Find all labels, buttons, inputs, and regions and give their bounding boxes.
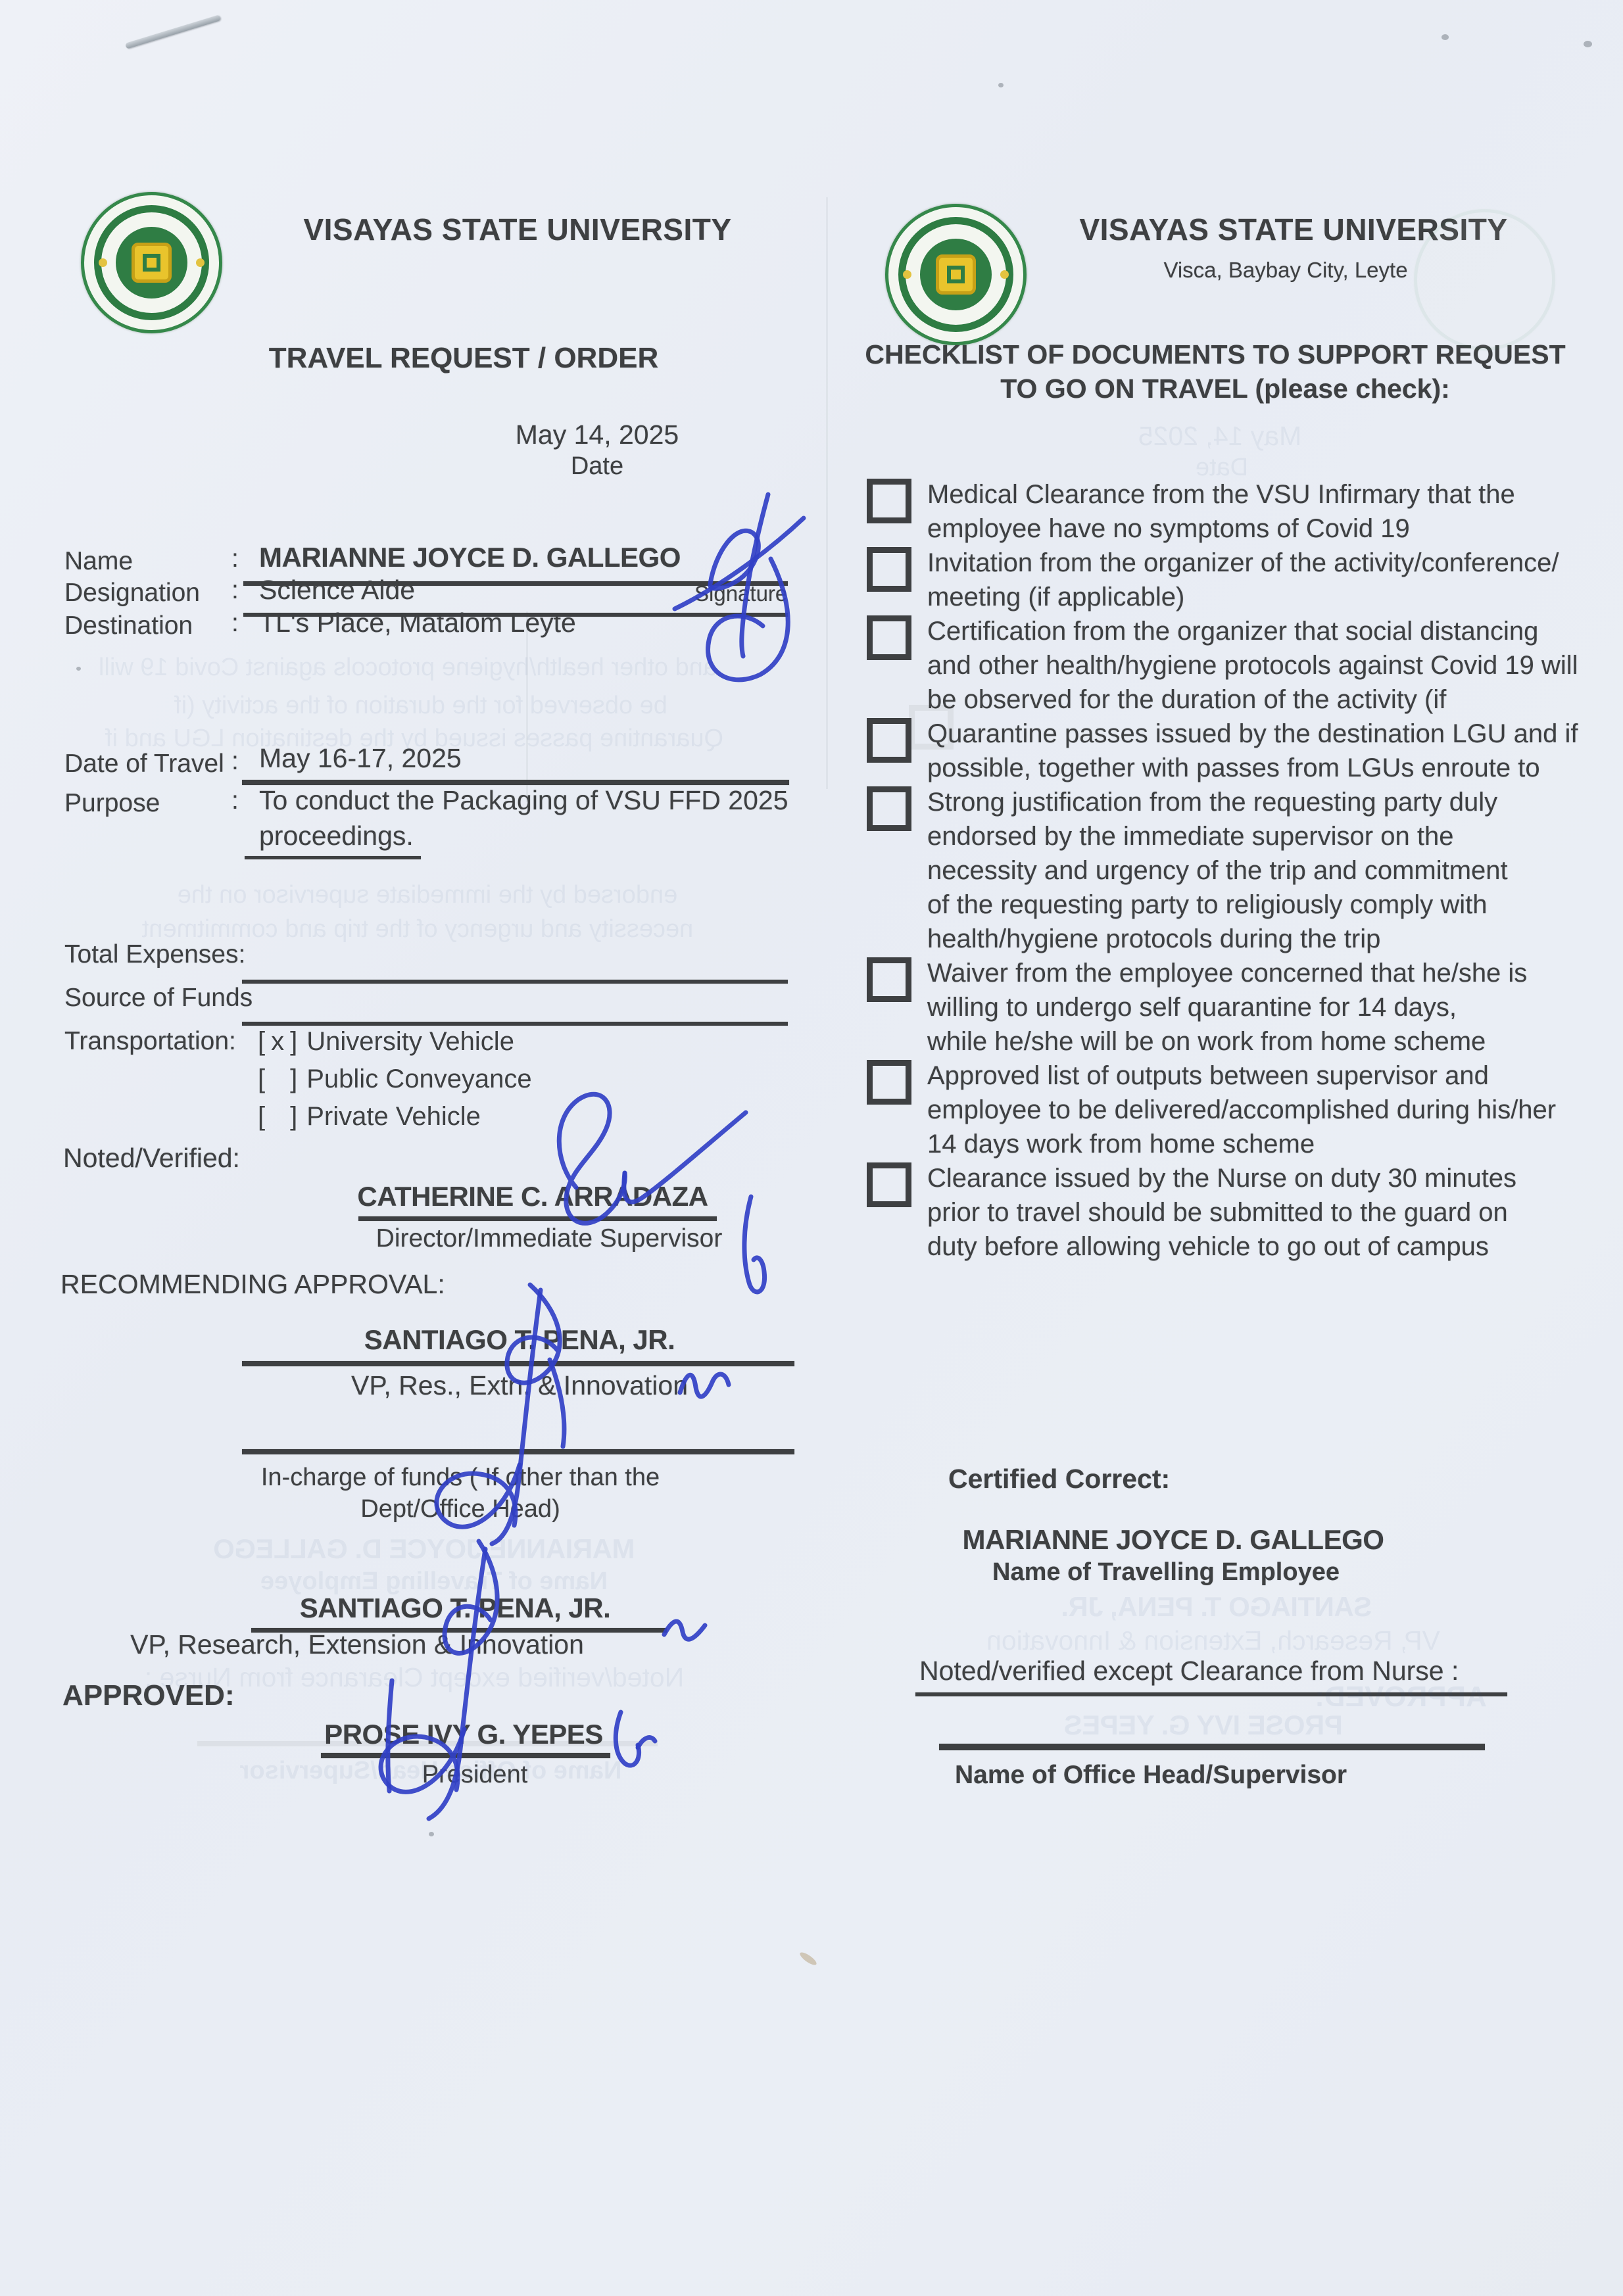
checkbox-icon[interactable] [867,479,911,523]
bleed-through-text: VP, Research, Extension & Innovation [986,1625,1440,1656]
checklist-item: Invitation from the organizer of the act… [865,546,1595,614]
purpose-value-line1: To conduct the Packaging of VSU FFD 2025 [259,785,788,816]
checklist-item: Quarantine passes issued by the destinat… [865,717,1595,785]
checklist-item-text: Certification from the organizer that so… [927,614,1595,717]
checklist-item-text: Invitation from the organizer of the act… [927,546,1595,614]
checklist-item: Medical Clearance from the VSU Infirmary… [865,477,1595,546]
paper-speck [76,667,81,671]
source-of-funds-label: Source of Funds [64,984,253,1013]
paper-speck [998,83,1004,87]
checklist-item: Clearance issued by the Nurse on duty 30… [865,1161,1595,1264]
bleed-through-text: May 14, 2025 [1138,421,1301,452]
scanned-travel-request-document: VISAYAS STATE UNIVERSITY TRAVEL REQUEST … [0,0,1623,2296]
destination-label: Destination [64,611,193,640]
total-expenses-label: Total Expenses: [64,940,245,969]
purpose-label: Purpose [64,789,160,818]
checklist-item: Waiver from the employee concerned that … [865,956,1595,1059]
transportation-label: Transportation: [64,1027,236,1056]
bleed-through-text: endorsed by the immediate supervisor on … [178,881,677,909]
seal-star-icon [99,258,107,267]
paper-smudge [798,1950,818,1967]
checklist-item-text: Clearance issued by the Nurse on duty 30… [927,1161,1595,1264]
checklist-item: Certification from the organizer that so… [865,614,1595,717]
checklist-item-text: Waiver from the employee concerned that … [927,956,1595,1059]
checkbox-icon[interactable] [867,718,911,763]
designation-value: Science Aide [259,575,415,606]
seal-emblem [936,254,976,295]
checklist-title-line2: TO GO ON TRAVEL (please check): [1000,373,1450,404]
transport-checkbox-mark[interactable]: x [265,1023,290,1061]
bracket: ] [290,1023,297,1061]
bleed-through-text: APPROVED: [1315,1681,1487,1713]
checkbox-icon[interactable] [867,1060,911,1105]
bracket: ] [290,1098,297,1136]
name-value: MARIANNE JOYCE D. GALLEGO [259,542,681,573]
checklist: Medical Clearance from the VSU Infirmary… [865,477,1595,1264]
transport-option-label: Private Vehicle [306,1102,481,1131]
bleed-through-text: necessity and urgency of the trip and co… [142,915,694,944]
bracket: [ [258,1061,265,1098]
checkbox-icon[interactable] [867,615,911,660]
vsu-seal-logo [81,192,222,333]
destination-value: TL's Place, Matalom Leyte [259,608,576,638]
purpose-value-line2: proceedings. [259,821,414,851]
certified-correct-label: Certified Correct: [948,1464,1170,1495]
left-date-caption: Date [571,452,623,481]
seal-star-icon [903,270,911,279]
bleed-through-text: Quarantine passes issued by the destinat… [105,725,723,753]
noted-verified-label: Noted/Verified: [63,1143,240,1174]
checklist-item-text: Approved list of outputs between supervi… [927,1059,1595,1161]
purpose-underline [245,856,421,859]
vsu-seal-logo [885,204,1027,345]
bracket: ] [290,1061,297,1098]
right-university-address: Visca, Baybay City, Leyte [1163,258,1407,283]
bleed-through-text: be observed for the duration of the acti… [174,692,667,720]
bracket: [ [258,1098,265,1136]
employee-signature [631,480,829,690]
recommending2-signature-flourish [658,1608,717,1648]
left-date-value: May 14, 2025 [516,419,679,450]
supervisor-signature-flourish [729,1191,775,1303]
travelling-employee-name: MARIANNE JOYCE D. GALLEGO [963,1524,1384,1556]
checklist-item-text: Quarantine passes issued by the destinat… [927,717,1595,785]
total-expenses-line [242,980,788,984]
checklist-item-text: Medical Clearance from the VSU Infirmary… [927,477,1595,546]
recommending-signature-initials [672,1358,738,1404]
travelling-employee-caption: Name of Travelling Employee [992,1558,1340,1587]
destination-colon: : [231,609,239,638]
paper-speck [1584,41,1592,47]
checkbox-icon[interactable] [867,547,911,592]
name-colon: : [231,544,239,573]
office-head-signature-line [939,1744,1485,1750]
checklist-item: Approved list of outputs between supervi… [865,1059,1595,1161]
seal-star-icon [196,258,205,267]
left-university-name: VISAYAS STATE UNIVERSITY [303,212,731,247]
checklist-item-text: Strong justification from the requesting… [927,785,1595,956]
bleed-through-checkbox [909,705,954,750]
checkbox-icon[interactable] [867,1162,911,1207]
checklist-item: Strong justification from the requesting… [865,785,1595,956]
president-signature-flourish [605,1707,664,1773]
bleed-through-text: SANTIAGO T. PENA, JR. [1061,1591,1372,1623]
bleed-through-seal [1414,209,1555,350]
recommending-approval-label: RECOMMENDING APPROVAL: [61,1269,445,1300]
name-label: Name [64,547,133,576]
designation-label: Designation [64,579,200,608]
designation-colon: : [231,576,239,605]
checkbox-icon[interactable] [867,786,911,831]
paper-speck [1441,34,1449,40]
recommending-signature [401,1268,684,1550]
purpose-colon: : [231,786,239,815]
seal-core [116,227,187,299]
bleed-through-text: Date [1196,454,1248,482]
bleed-through-text: PROSE IVY G. YEPES [1064,1710,1343,1741]
bleed-through-text: and other health/hygiene protocols again… [99,654,717,682]
date-of-travel-label: Date of Travel [64,750,224,778]
left-form-title: TRAVEL REQUEST / ORDER [269,342,658,375]
seal-core [920,239,992,310]
checkbox-icon[interactable] [867,957,911,1002]
recommending2-and-president-signature [329,1525,638,1834]
office-head-caption: Name of Office Head/Supervisor [955,1761,1347,1790]
seal-star-icon [1000,270,1009,279]
seal-emblem [132,243,172,283]
bracket: [ [258,1023,265,1061]
staple-mark [125,14,221,49]
date-of-travel-underline [242,780,789,785]
